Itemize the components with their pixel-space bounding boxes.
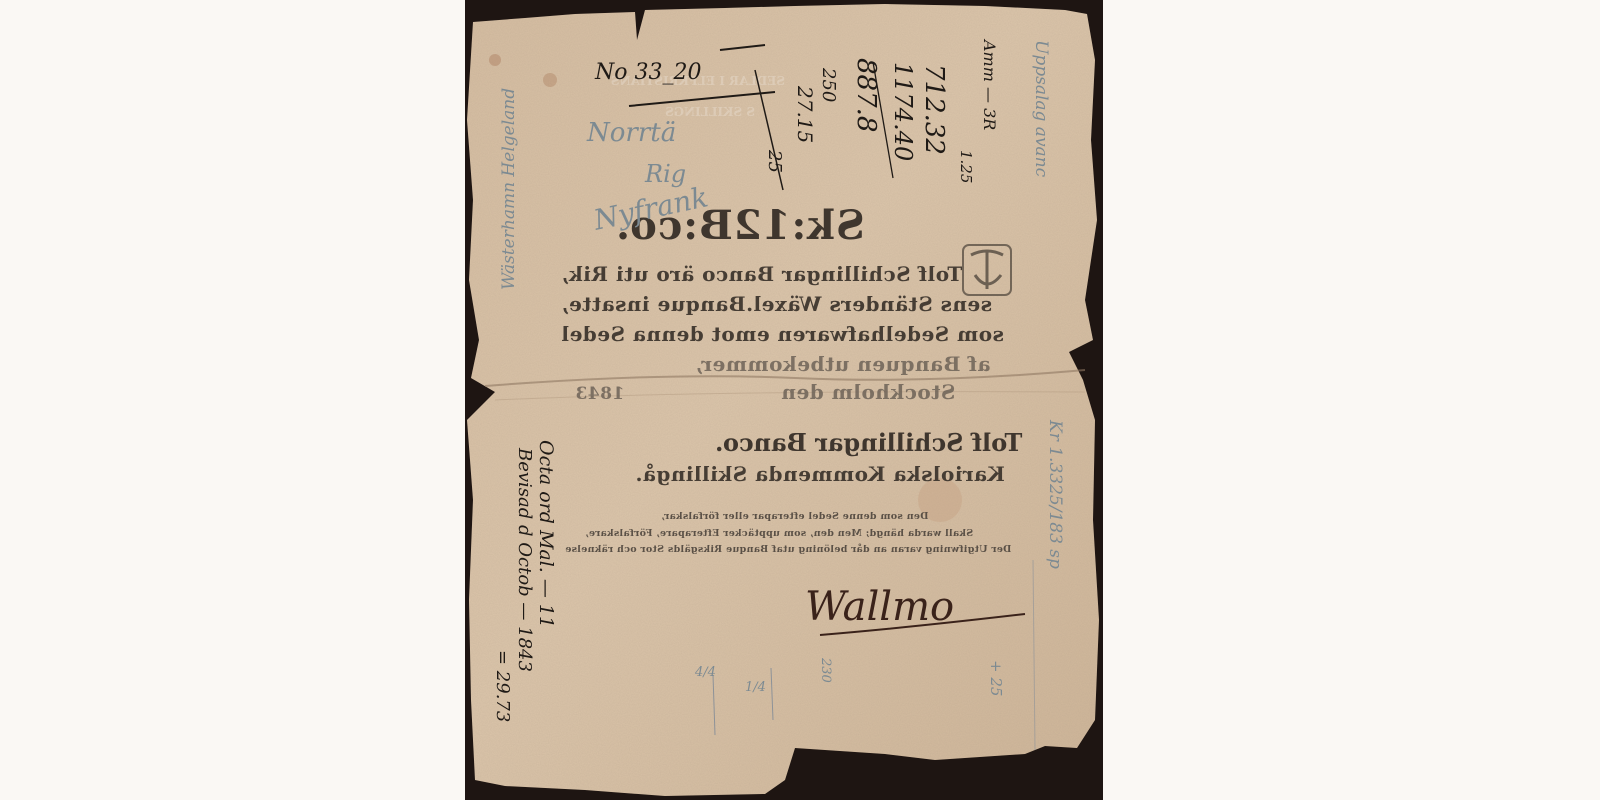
left-vertical-note-3: = 29.73 bbox=[492, 650, 513, 722]
ink-figure-1: 712.32 bbox=[919, 64, 949, 155]
left-vertical-note-1: Octa ord Mal. — 11 bbox=[535, 440, 557, 628]
svg-text:S SKILLINGS: S SKILLINGS bbox=[665, 105, 755, 119]
photo-backdrop: SEDLAR I ELFKRISTIANS S SKILLINGS Sk:12B… bbox=[465, 0, 1103, 800]
printed-year: 1843 bbox=[575, 384, 624, 404]
top-right-note-2: 1.25 bbox=[957, 150, 975, 183]
amount-line-1: Tolf Schillingar Banco. bbox=[715, 428, 1022, 457]
ink-figure-6: 25 bbox=[764, 150, 785, 173]
pencil-note-norrta: Norrtä bbox=[587, 118, 676, 148]
printed-line-1: Tolf Schillingar Banco äro uti Rik, bbox=[561, 262, 962, 286]
amount-line-2: Kariolska Kommenda Skillingå. bbox=[635, 462, 1005, 486]
pencil-note-left: Wästerhamn Helgeland bbox=[499, 88, 519, 290]
pencil-note-right-top: Uppsalag avanc bbox=[1031, 40, 1051, 177]
pencil-figure-4: + 25 bbox=[987, 660, 1005, 696]
pencil-note-right-bottom: Kr 1.3325/183 sp bbox=[1045, 420, 1065, 569]
signature: Wallmo bbox=[805, 584, 954, 630]
printed-line-4: af Banquen utbekommer, bbox=[695, 352, 990, 376]
pencil-note-rig: Rig bbox=[645, 160, 686, 188]
pencil-figure-1: 230 bbox=[818, 658, 833, 683]
fine-print-2: Skall warda hängd; Men den, som upptäcke… bbox=[585, 528, 973, 539]
printed-line-3: som Sedelhafwaren emot denna Sedel bbox=[561, 322, 1004, 346]
ink-figure-5: 27.15 bbox=[793, 86, 817, 143]
pencil-figure-2: 1/4 bbox=[745, 680, 766, 695]
printed-line-5: Stockholm den bbox=[781, 380, 955, 404]
fine-print-1: Den som denne Sedel efterapar eller förf… bbox=[661, 511, 928, 522]
printed-line-2: sens Ständers Wäxel.Banque insatte, bbox=[561, 292, 992, 316]
ink-figure-4: 250 bbox=[818, 68, 839, 102]
fine-print-3: Der Utgifwning varan an dår belöning uta… bbox=[565, 544, 1011, 555]
banknote: SEDLAR I ELFKRISTIANS S SKILLINGS Sk:12B… bbox=[465, 0, 1103, 800]
top-right-note: Amm — 3R bbox=[980, 40, 999, 130]
ink-figure-2: 1174.40 bbox=[889, 62, 917, 161]
serial-number: No 33_20 bbox=[595, 60, 701, 85]
ink-figure-3: 887.8 bbox=[851, 58, 881, 132]
pencil-figure-3: 4/4 bbox=[695, 665, 716, 680]
left-vertical-note-2: Bevisad d Octob — 1843 bbox=[514, 448, 535, 672]
